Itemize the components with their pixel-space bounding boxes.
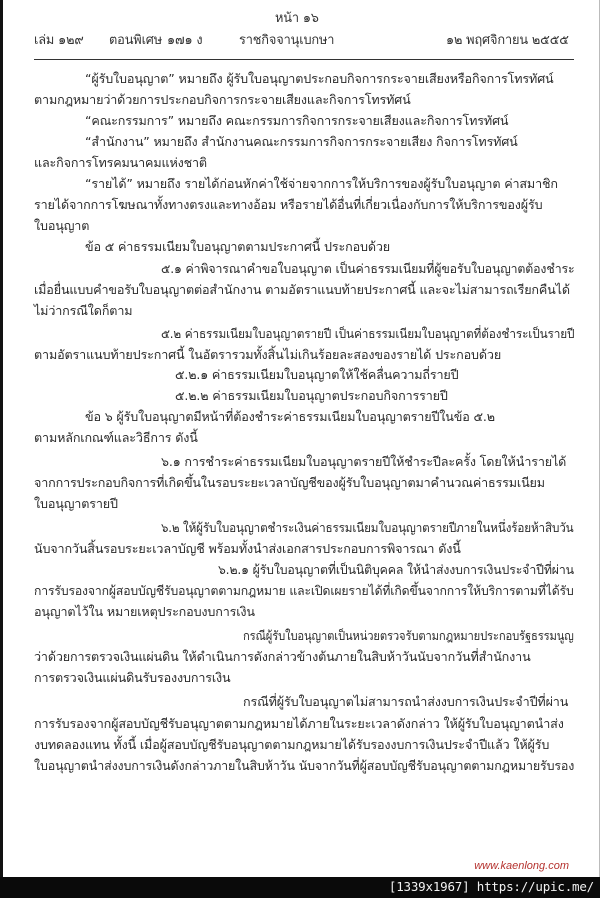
clause-6-line2: ตามหลักเกณฑ์และวิธีการ ดังนี้ <box>34 430 198 446</box>
definition-licensee-line2: ตามกฎหมายว่าด้วยการประกอบกิจการกระจายเสี… <box>34 92 411 108</box>
special-section: ตอนพิเศษ <box>109 33 162 49</box>
case-cannot-submit-line3: งบทดลองแทน ทั้งนี้ เมื่อผู้สอบบัญชีรับอน… <box>34 737 549 753</box>
case-audit-unit-line1: กรณีผู้รับใบอนุญาตเป็นหน่วยตรวจรับตามกฎห… <box>243 628 574 644</box>
clause-6-2-1-line1: ๖.๒.๑ ผู้รับใบอนุญาตที่เป็นนิติบุคคล ให้… <box>218 562 574 578</box>
clause-6-line1: ข้อ ๖ ผู้รับใบอนุญาตมีหน้าที่ต้องชำระค่า… <box>85 409 495 425</box>
case-cannot-submit-line4: ใบอนุญาตนำส่งงบการเงินดังกล่าวภายในสิบห้… <box>34 758 574 774</box>
image-size-label: [1339x1967] https://upic.me/ <box>389 879 594 894</box>
case-audit-unit-line3: การตรวจเงินแผ่นดินรับรองงบการเงิน <box>34 670 231 686</box>
gazette-page: หน้า ๑๖ เล่ม ๑๒๙ ตอนพิเศษ ๑๗๑ ง ราชกิจจา… <box>0 0 600 877</box>
clause-5-heading: ข้อ ๕ ค่าธรรมเนียมใบอนุญาตตามประกาศนี้ ป… <box>85 239 390 255</box>
site-watermark: www.kaenlong.com <box>474 860 569 872</box>
clause-6-2-1-line3: อนุญาตไว้ใน หมายเหตุประกอบงบการเงิน <box>34 604 255 620</box>
clause-5-2-line2: ตามอัตราแนบท้ายประกาศนี้ ในอัตรารวมทั้งส… <box>34 347 501 363</box>
clause-5-2-1: ๕.๒.๑ ค่าธรรมเนียมใบอนุญาตให้ใช้คลื่นควา… <box>175 367 459 383</box>
clause-6-2-1-line2: การรับรองจากผู้สอบบัญชีรับอนุญาตตามกฎหมา… <box>34 583 574 599</box>
clause-6-1-line2: จากการประกอบกิจการที่เกิดขึ้นในรอบระยะเว… <box>34 475 545 491</box>
case-cannot-submit-line2: การรับรองจากผู้สอบบัญชีรับอนุญาตตามกฎหมา… <box>34 716 564 732</box>
case-audit-unit-line2: ว่าด้วยการตรวจเงินแผ่นดิน ให้ดำเนินการดั… <box>34 649 531 665</box>
definition-income-line2: รายได้จากการโฆษณาทั้งทางตรงและทางอ้อม หร… <box>34 197 542 213</box>
publication-name: ราชกิจจานุเบกษา <box>239 33 334 49</box>
clause-6-2-line1: ๖.๒ ให้ผู้รับใบอนุญาตชำระเงินค่าธรรมเนีย… <box>161 520 574 536</box>
definition-office-line1: “สำนักงาน” หมายถึง สำนักงานคณะกรรมการกิจ… <box>85 134 518 150</box>
clause-5-1-line2: เมื่อยื่นแบบคำขอรับใบอนุญาตต่อสำนักงาน ต… <box>34 282 570 298</box>
clause-5-1-line1: ๕.๑ ค่าพิจารณาคำขอใบอนุญาต เป็นค่าธรรมเน… <box>161 261 574 277</box>
definition-income-line1: “รายได้” หมายถึง รายได้ก่อนหักค่าใช้จ่าย… <box>85 176 558 192</box>
clause-6-1-line3: ใบอนุญาตรายปี <box>34 496 118 512</box>
clause-5-1-line3: ไม่ว่ากรณีใดก็ตาม <box>34 303 132 319</box>
publication-date: ๑๒ พฤศจิกายน ๒๕๕๕ <box>446 33 569 49</box>
clause-5-2-2: ๕.๒.๒ ค่าธรรมเนียมใบอนุญาตประกอบกิจการรา… <box>175 388 448 404</box>
clause-5-2-line1: ๕.๒ ค่าธรรมเนียมใบอนุญาตรายปี เป็นค่าธรร… <box>161 326 574 342</box>
definition-office-line2: และกิจการโทรคมนาคมแห่งชาติ <box>34 155 207 171</box>
definition-income-line3: ใบอนุญาต <box>34 218 89 234</box>
page-number: หน้า ๑๖ <box>275 11 319 27</box>
clause-6-1-line1: ๖.๑ การชำระค่าธรรมเนียมใบอนุญาตรายปีให้ช… <box>161 454 566 470</box>
case-cannot-submit-line1: กรณีที่ผู้รับใบอนุญาตไม่สามารถนำส่งงบการ… <box>243 694 568 710</box>
clause-6-2-line2: นับจากวันสิ้นรอบระยะเวลาบัญชี พร้อมทั้งน… <box>34 541 461 557</box>
definition-licensee-line1: “ผู้รับใบอนุญาต” หมายถึง ผู้รับใบอนุญาตป… <box>85 71 554 87</box>
issue-number: ๑๗๑ ง <box>167 33 202 49</box>
volume-number: เล่ม ๑๒๙ <box>34 33 84 49</box>
header-divider <box>34 59 574 60</box>
definition-committee: “คณะกรรมการ” หมายถึง คณะกรรมการกิจการกระ… <box>85 113 508 129</box>
